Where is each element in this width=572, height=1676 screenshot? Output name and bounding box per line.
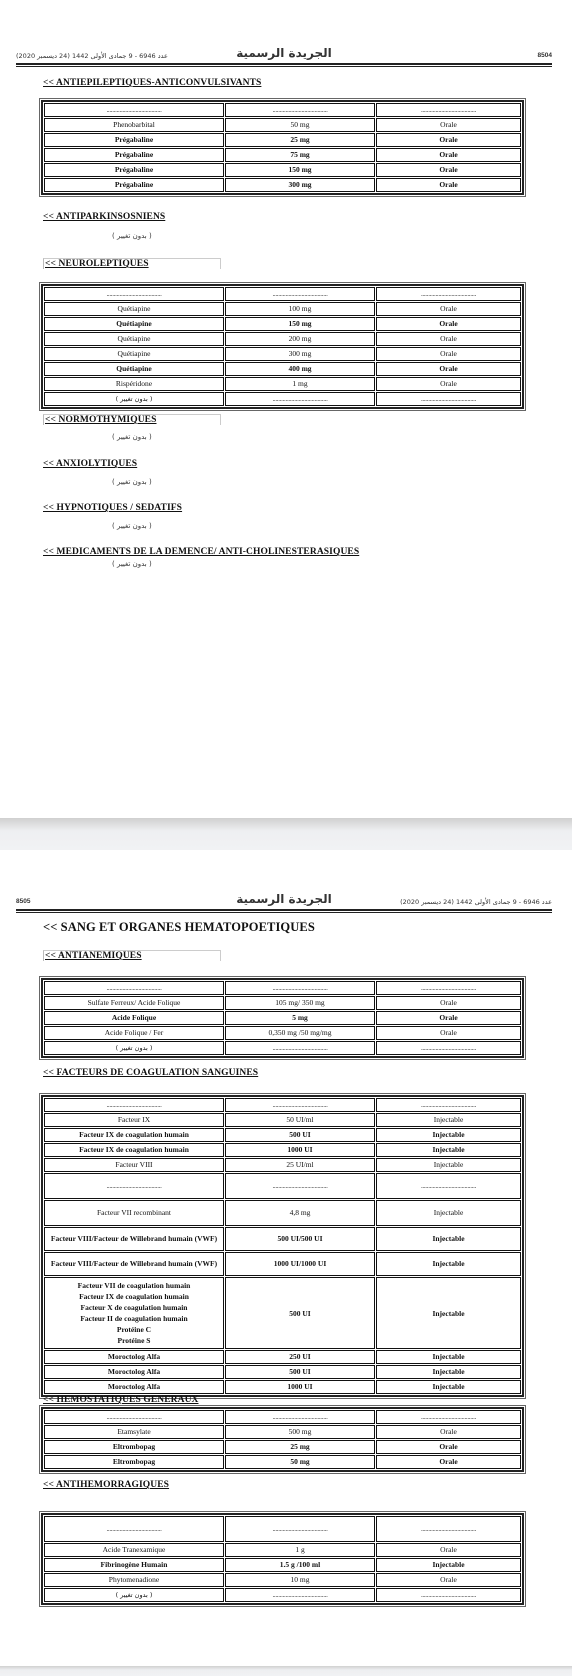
- table-row: ( بدون تغيير )..........................…: [44, 1041, 521, 1055]
- section-heading-hypnotiques: << HYPNOTIQUES / SEDATIFS: [43, 503, 182, 513]
- dci-cell: Prégabaline: [44, 133, 224, 147]
- dci-cell: Etamsylate: [44, 1425, 224, 1439]
- table-row: Facteur VIII25 UI/mlInjectable: [44, 1158, 521, 1172]
- no-change-note: ( بدون تغيير ): [112, 560, 152, 568]
- table-row: Fibrinogène Humain1.5 g /100 mlInjectabl…: [44, 1558, 521, 1572]
- dci-line: Facteur IX de coagulation humain: [47, 1291, 221, 1302]
- forme-cell: Injectable: [376, 1558, 521, 1572]
- dci-cell: Moroctolog Alfa: [44, 1380, 224, 1394]
- table-row: Quétiapine400 mgOrale: [44, 362, 521, 376]
- dci-cell: ......................................: [44, 981, 224, 995]
- dosage-cell: 300 mg: [225, 347, 375, 361]
- forme-cell: Injectable: [376, 1113, 521, 1127]
- dci-cell: Facteur VII recombinant: [44, 1200, 224, 1226]
- section-heading-demence: << MEDICAMENTS DE LA DEMENCE/ ANTI-CHOLI…: [43, 547, 359, 557]
- page-number: 8504: [538, 52, 552, 59]
- dci-cell: Facteur VIII/Facteur de Willebrand humai…: [44, 1252, 224, 1276]
- dosage-cell: ......................................: [225, 287, 375, 301]
- table-row: Facteur VII de coagulation humainFacteur…: [44, 1277, 521, 1349]
- dci-cell: Facteur VII de coagulation humainFacteur…: [44, 1277, 224, 1349]
- dci-cell: ......................................: [44, 1410, 224, 1424]
- forme-cell: Orale: [376, 1440, 521, 1454]
- table-row: Rispéridone1 mgOrale: [44, 377, 521, 391]
- forme-cell: ......................................: [376, 1173, 521, 1199]
- table-row: ........................................…: [44, 287, 521, 301]
- document-page-8504: عدد 6946 - 9 جمادى الأولى 1442 (24 ديسمب…: [0, 0, 572, 818]
- dci-cell: Prégabaline: [44, 163, 224, 177]
- table-row: Facteur IX de coagulation humain500 UIIn…: [44, 1128, 521, 1142]
- forme-cell: Injectable: [376, 1252, 521, 1276]
- dosage-cell: ......................................: [225, 1588, 375, 1602]
- dci-line: Facteur VII de coagulation humain: [47, 1280, 221, 1291]
- table-row: Facteur VIII/Facteur de Willebrand humai…: [44, 1252, 521, 1276]
- forme-cell: Orale: [376, 996, 521, 1010]
- dosage-cell: 250 UI: [225, 1350, 375, 1364]
- section-heading-coagulation: << FACTEURS DE COAGULATION SANGUINES: [43, 1068, 258, 1078]
- forme-cell: Injectable: [376, 1200, 521, 1226]
- no-change-note: ( بدون تغيير ): [112, 522, 152, 530]
- forme-cell: ......................................: [376, 287, 521, 301]
- table-row: Sulfate Ferreux/ Acide Folique105 mg/ 35…: [44, 996, 521, 1010]
- forme-cell: Injectable: [376, 1365, 521, 1379]
- forme-cell: Injectable: [376, 1380, 521, 1394]
- dci-cell: ( بدون تغيير ): [44, 392, 224, 406]
- forme-cell: ......................................: [376, 1410, 521, 1424]
- table-row: ........................................…: [44, 1098, 521, 1112]
- forme-cell: Orale: [376, 1455, 521, 1469]
- dosage-cell: 25 mg: [225, 1440, 375, 1454]
- document-page-8505: 8505 الجريدة الرسمية عدد 6946 - 9 جمادى …: [0, 850, 572, 1676]
- dosage-cell: 105 mg/ 350 mg: [225, 996, 375, 1010]
- dci-cell: Moroctolog Alfa: [44, 1365, 224, 1379]
- table-row: Moroctolog Alfa1000 UIInjectable: [44, 1380, 521, 1394]
- dci-cell: Prégabaline: [44, 148, 224, 162]
- header-rule: [16, 63, 552, 67]
- dosage-cell: 25 mg: [225, 133, 375, 147]
- dci-cell: ......................................: [44, 1173, 224, 1199]
- dci-cell: Eltrombopag: [44, 1440, 224, 1454]
- dci-cell: Facteur VIII: [44, 1158, 224, 1172]
- section-heading-antianemiques: << ANTIANEMIQUES: [43, 950, 221, 961]
- forme-cell: ......................................: [376, 103, 521, 117]
- dosage-cell: 50 UI/ml: [225, 1113, 375, 1127]
- table-row: Eltrombopag25 mgOrale: [44, 1440, 521, 1454]
- dci-cell: Acide Tranexamique: [44, 1543, 224, 1557]
- section-heading-antihemorragiques: << ANTIHEMORRAGIQUES: [43, 1480, 169, 1490]
- table-row: Eltrombopag50 mgOrale: [44, 1455, 521, 1469]
- dci-cell: Rispéridone: [44, 377, 224, 391]
- dci-cell: Phenobarbital: [44, 118, 224, 132]
- table-row: Prégabaline300 mgOrale: [44, 178, 521, 192]
- table-row: ........................................…: [44, 1410, 521, 1424]
- table-row: Acide Folique / Fer0,350 mg /50 mg/mgOra…: [44, 1026, 521, 1040]
- forme-cell: Injectable: [376, 1143, 521, 1157]
- dci-cell: Phytomenadione: [44, 1573, 224, 1587]
- forme-cell: Orale: [376, 1425, 521, 1439]
- dci-line: Facteur II de coagulation humain: [47, 1313, 221, 1324]
- journal-title: الجريدة الرسمية: [16, 46, 552, 60]
- dci-cell: Quétiapine: [44, 347, 224, 361]
- table-row: Quétiapine100 mgOrale: [44, 302, 521, 316]
- table-row: Quétiapine150 mgOrale: [44, 317, 521, 331]
- dci-cell: ( بدون تغيير ): [44, 1588, 224, 1602]
- section-heading-anxiolytiques: << ANXIOLYTIQUES: [43, 459, 137, 469]
- page-separator: [0, 818, 572, 850]
- forme-cell: Orale: [376, 347, 521, 361]
- page-header: عدد 6946 - 9 جمادى الأولى 1442 (24 ديسمب…: [16, 46, 552, 64]
- forme-cell: ......................................: [376, 1516, 521, 1542]
- table-row: Facteur IX50 UI/mlInjectable: [44, 1113, 521, 1127]
- dci-cell: Sulfate Ferreux/ Acide Folique: [44, 996, 224, 1010]
- table-antiepileptiques: ........................................…: [41, 100, 524, 195]
- table-row: ( بدون تغيير )..........................…: [44, 1588, 521, 1602]
- no-change-note: ( بدون تغيير ): [112, 478, 152, 486]
- dci-cell: Eltrombopag: [44, 1455, 224, 1469]
- dci-cell: Quétiapine: [44, 332, 224, 346]
- table-antihemorragiques: ........................................…: [41, 1513, 524, 1605]
- forme-cell: ......................................: [376, 1588, 521, 1602]
- dosage-cell: 10 mg: [225, 1573, 375, 1587]
- dosage-cell: 400 mg: [225, 362, 375, 376]
- dosage-cell: 1000 UI: [225, 1380, 375, 1394]
- table-row: Facteur VII recombinant4,8 mgInjectable: [44, 1200, 521, 1226]
- dosage-cell: 1 g: [225, 1543, 375, 1557]
- dci-cell: Fibrinogène Humain: [44, 1558, 224, 1572]
- dosage-cell: 1 mg: [225, 377, 375, 391]
- dosage-cell: 150 mg: [225, 163, 375, 177]
- dosage-cell: 500 UI: [225, 1365, 375, 1379]
- dosage-cell: 200 mg: [225, 332, 375, 346]
- dci-cell: Facteur IX: [44, 1113, 224, 1127]
- dci-cell: ......................................: [44, 1516, 224, 1542]
- table-antianemiques: ........................................…: [41, 978, 524, 1058]
- dci-line: Protéine C: [47, 1324, 221, 1335]
- section-heading-antiparkinsosniens: << ANTIPARKINSOSNIENS: [43, 212, 165, 222]
- dosage-cell: 4,8 mg: [225, 1200, 375, 1226]
- dosage-cell: 300 mg: [225, 178, 375, 192]
- forme-cell: Orale: [376, 362, 521, 376]
- forme-cell: Orale: [376, 178, 521, 192]
- table-row: Moroctolog Alfa250 UIInjectable: [44, 1350, 521, 1364]
- dosage-cell: ......................................: [225, 1041, 375, 1055]
- main-heading-sang: << SANG ET ORGANES HEMATOPOETIQUES: [43, 920, 315, 935]
- forme-cell: Injectable: [376, 1350, 521, 1364]
- dosage-cell: 1000 UI: [225, 1143, 375, 1157]
- table-row: Facteur VIII/Facteur de Willebrand humai…: [44, 1227, 521, 1251]
- dosage-cell: 500 UI: [225, 1128, 375, 1142]
- section-heading-antiepileptiques: << ANTIEPILEPTIQUES-ANTICONVULSIVANTS: [43, 78, 261, 88]
- dosage-cell: ......................................: [225, 1098, 375, 1112]
- dosage-cell: 75 mg: [225, 148, 375, 162]
- dci-cell: ......................................: [44, 103, 224, 117]
- dci-cell: Quétiapine: [44, 362, 224, 376]
- table-row: ........................................…: [44, 103, 521, 117]
- table-row: Acide Tranexamique1 gOrale: [44, 1543, 521, 1557]
- dci-cell: Moroctolog Alfa: [44, 1350, 224, 1364]
- issue-info: عدد 6946 - 9 جمادى الأولى 1442 (24 ديسمب…: [400, 898, 552, 906]
- forme-cell: Orale: [376, 317, 521, 331]
- dosage-cell: 0,350 mg /50 mg/mg: [225, 1026, 375, 1040]
- dosage-cell: 5 mg: [225, 1011, 375, 1025]
- dci-cell: Prégabaline: [44, 178, 224, 192]
- forme-cell: ......................................: [376, 392, 521, 406]
- dosage-cell: 500 UI/500 UI: [225, 1227, 375, 1251]
- table-neuroleptiques: ........................................…: [41, 284, 524, 409]
- page-separator: [0, 1666, 572, 1676]
- section-heading-neuroleptiques: << NEUROLEPTIQUES: [43, 258, 221, 269]
- table-row: Etamsylate500 mgOrale: [44, 1425, 521, 1439]
- dci-cell: Acide Folique / Fer: [44, 1026, 224, 1040]
- forme-cell: Orale: [376, 163, 521, 177]
- table-coagulation: ........................................…: [41, 1095, 524, 1397]
- forme-cell: Injectable: [376, 1227, 521, 1251]
- dci-line: Facteur X de coagulation humain: [47, 1302, 221, 1313]
- dosage-cell: 25 UI/ml: [225, 1158, 375, 1172]
- forme-cell: Orale: [376, 1543, 521, 1557]
- table-row: Prégabaline75 mgOrale: [44, 148, 521, 162]
- dosage-cell: 500 UI: [225, 1277, 375, 1349]
- forme-cell: Orale: [376, 1573, 521, 1587]
- dosage-cell: ......................................: [225, 981, 375, 995]
- dosage-cell: 50 mg: [225, 1455, 375, 1469]
- dci-cell: ( بدون تغيير ): [44, 1041, 224, 1055]
- forme-cell: Orale: [376, 302, 521, 316]
- dosage-cell: 50 mg: [225, 118, 375, 132]
- forme-cell: Orale: [376, 118, 521, 132]
- dci-cell: Quétiapine: [44, 302, 224, 316]
- dosage-cell: ......................................: [225, 392, 375, 406]
- dosage-cell: 500 mg: [225, 1425, 375, 1439]
- dci-cell: ......................................: [44, 287, 224, 301]
- dci-cell: Facteur IX de coagulation humain: [44, 1128, 224, 1142]
- dci-cell: Quétiapine: [44, 317, 224, 331]
- forme-cell: Orale: [376, 133, 521, 147]
- table-row: Quétiapine200 mgOrale: [44, 332, 521, 346]
- forme-cell: Injectable: [376, 1277, 521, 1349]
- no-change-note: ( بدون تغيير ): [112, 232, 152, 240]
- dci-cell: ......................................: [44, 1098, 224, 1112]
- dosage-cell: ......................................: [225, 1516, 375, 1542]
- dosage-cell: ......................................: [225, 1410, 375, 1424]
- forme-cell: Injectable: [376, 1128, 521, 1142]
- forme-cell: ......................................: [376, 981, 521, 995]
- header-rule: [16, 909, 552, 913]
- dci-line: Protéine S: [47, 1335, 221, 1346]
- forme-cell: Orale: [376, 332, 521, 346]
- forme-cell: Orale: [376, 1011, 521, 1025]
- table-row: Phenobarbital50 mgOrale: [44, 118, 521, 132]
- table-row: Facteur IX de coagulation humain1000 UII…: [44, 1143, 521, 1157]
- table-row: Phytomenadione10 mgOrale: [44, 1573, 521, 1587]
- table-row: Prégabaline25 mgOrale: [44, 133, 521, 147]
- table-row: ........................................…: [44, 1516, 521, 1542]
- forme-cell: Injectable: [376, 1158, 521, 1172]
- table-row: Prégabaline150 mgOrale: [44, 163, 521, 177]
- dosage-cell: 100 mg: [225, 302, 375, 316]
- dci-cell: Acide Folique: [44, 1011, 224, 1025]
- dosage-cell: 1000 UI/1000 UI: [225, 1252, 375, 1276]
- forme-cell: Orale: [376, 1026, 521, 1040]
- dci-cell: Facteur IX de coagulation humain: [44, 1143, 224, 1157]
- table-row: ( بدون تغيير )..........................…: [44, 392, 521, 406]
- table-row: Moroctolog Alfa500 UIInjectable: [44, 1365, 521, 1379]
- dci-cell: Facteur VIII/Facteur de Willebrand humai…: [44, 1227, 224, 1251]
- dosage-cell: 150 mg: [225, 317, 375, 331]
- dosage-cell: ......................................: [225, 103, 375, 117]
- table-hemostatiques: ........................................…: [41, 1407, 524, 1472]
- table-row: Acide Folique5 mgOrale: [44, 1011, 521, 1025]
- forme-cell: ......................................: [376, 1098, 521, 1112]
- section-heading-normothymiques: << NORMOTHYMIQUES: [43, 414, 221, 425]
- no-change-note: ( بدون تغيير ): [112, 433, 152, 441]
- forme-cell: ......................................: [376, 1041, 521, 1055]
- forme-cell: Orale: [376, 377, 521, 391]
- dosage-cell: 1.5 g /100 ml: [225, 1558, 375, 1572]
- section-heading-hemostatiques: << HEMOSTATIQUES GENERAUX: [43, 1395, 199, 1405]
- dosage-cell: ......................................: [225, 1173, 375, 1199]
- table-row: ........................................…: [44, 981, 521, 995]
- table-row: ........................................…: [44, 1173, 521, 1199]
- forme-cell: Orale: [376, 148, 521, 162]
- table-row: Quétiapine300 mgOrale: [44, 347, 521, 361]
- page-header: 8505 الجريدة الرسمية عدد 6946 - 9 جمادى …: [16, 892, 552, 910]
